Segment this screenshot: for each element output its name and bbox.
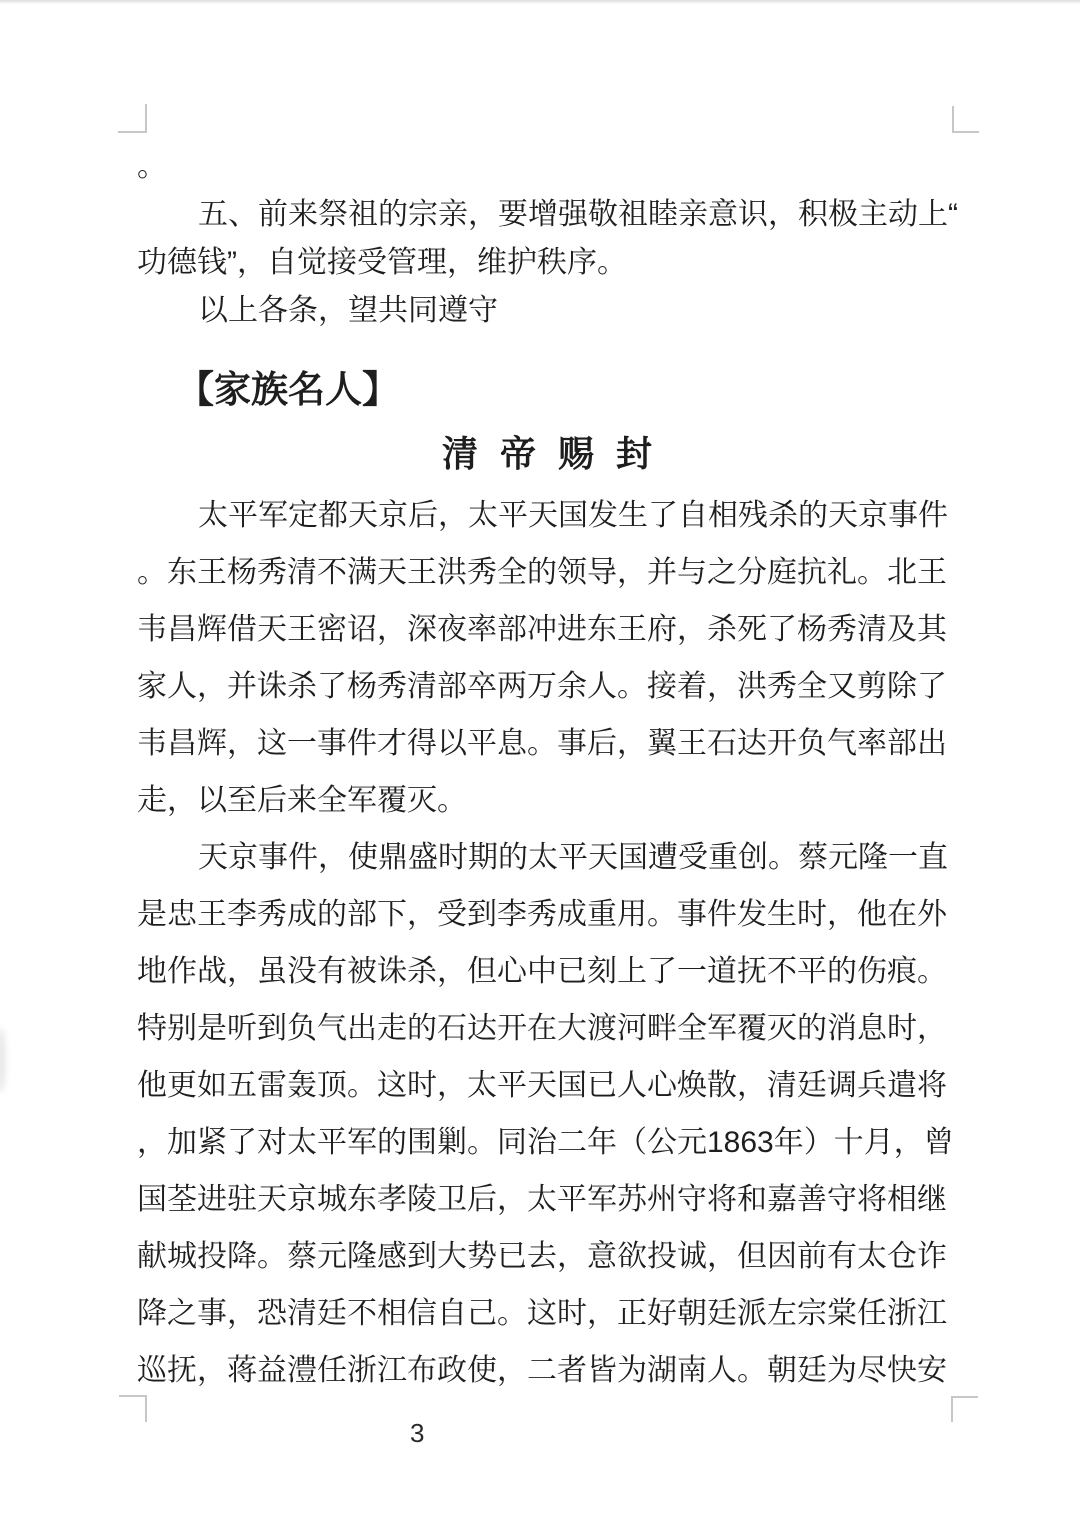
text-line-continuation: 。 xyxy=(137,143,945,191)
section-heading-family-celebrities: 【家族名人】 xyxy=(137,364,945,416)
paragraph2-line: 天京事件，使鼎盛时期的太平天国遭受重创。蔡元隆一直 xyxy=(137,829,945,886)
paragraph2-line: 巡抚，蒋益澧任浙江布政使，二者皆为湖南人。朝廷为尽快安 xyxy=(137,1342,945,1399)
article-title: 清帝赐封 xyxy=(137,425,945,482)
paragraph2-line: 地作战，虽没有被诛杀，但心中已刻上了一道抚不平的伤痕。 xyxy=(137,943,945,1000)
paragraph1-line: 太平军定都天京后，太平天国发生了自相残杀的天京事件 xyxy=(137,487,945,544)
text-line-rules-closing: 以上各条，望共同遵守 xyxy=(137,287,945,335)
paragraph1-line: 家人，并诛杀了杨秀清部卒两万余人。接着，洪秀全又剪除了 xyxy=(137,658,945,715)
page-number: 3 xyxy=(137,1415,945,1451)
document-content: 。 五、前来祭祖的宗亲，要增强敬祖睦亲意识，积极主动上“ 功德钱”，自觉接受管理… xyxy=(137,0,945,1451)
text-line-rule-5-start: 五、前来祭祖的宗亲，要增强敬祖睦亲意识，积极主动上“ xyxy=(137,191,945,239)
paragraph2-line: 降之事，恐清廷不相信自己。这时，正好朝廷派左宗棠任浙江 xyxy=(137,1285,945,1342)
photo-edge-smudge xyxy=(0,1028,6,1092)
paragraph1-line: 韦昌辉，这一事件才得以平息。事后，翼王石达开负气率部出 xyxy=(137,715,945,772)
paragraph1-line: 。东王杨秀清不满天王洪秀全的领导，并与之分庭抗礼。北王 xyxy=(137,544,945,601)
paragraph1-line: 走，以至后来全军覆灭。 xyxy=(137,772,945,829)
margin-corner-top-right xyxy=(952,106,979,133)
paragraph2-line: 国荃进驻天京城东孝陵卫后，太平军苏州守将和嘉善守将相继 xyxy=(137,1171,945,1228)
paragraph1-line: 韦昌辉借天王密诏，深夜率部冲进东王府，杀死了杨秀清及其 xyxy=(137,601,945,658)
paragraph2-line: 特别是听到负气出走的石达开在大渡河畔全军覆灭的消息时， xyxy=(137,1000,945,1057)
paragraph2-line: 是忠王李秀成的部下，受到李秀成重用。事件发生时，他在外 xyxy=(137,886,945,943)
paragraph2-line: ，加紧了对太平军的围剿。同治二年（公元1863年）十月，曾 xyxy=(137,1114,945,1171)
paragraph2-line: 他更如五雷轰顶。这时，太平天国已人心焕散，清廷调兵遣将 xyxy=(137,1057,945,1114)
paragraph2-line: 献城投降。蔡元隆感到大势已去，意欲投诚，但因前有太仓诈 xyxy=(137,1228,945,1285)
text-line-rule-5-end: 功德钱”，自觉接受管理，维护秩序。 xyxy=(137,239,945,287)
margin-corner-bottom-right xyxy=(951,1396,978,1422)
